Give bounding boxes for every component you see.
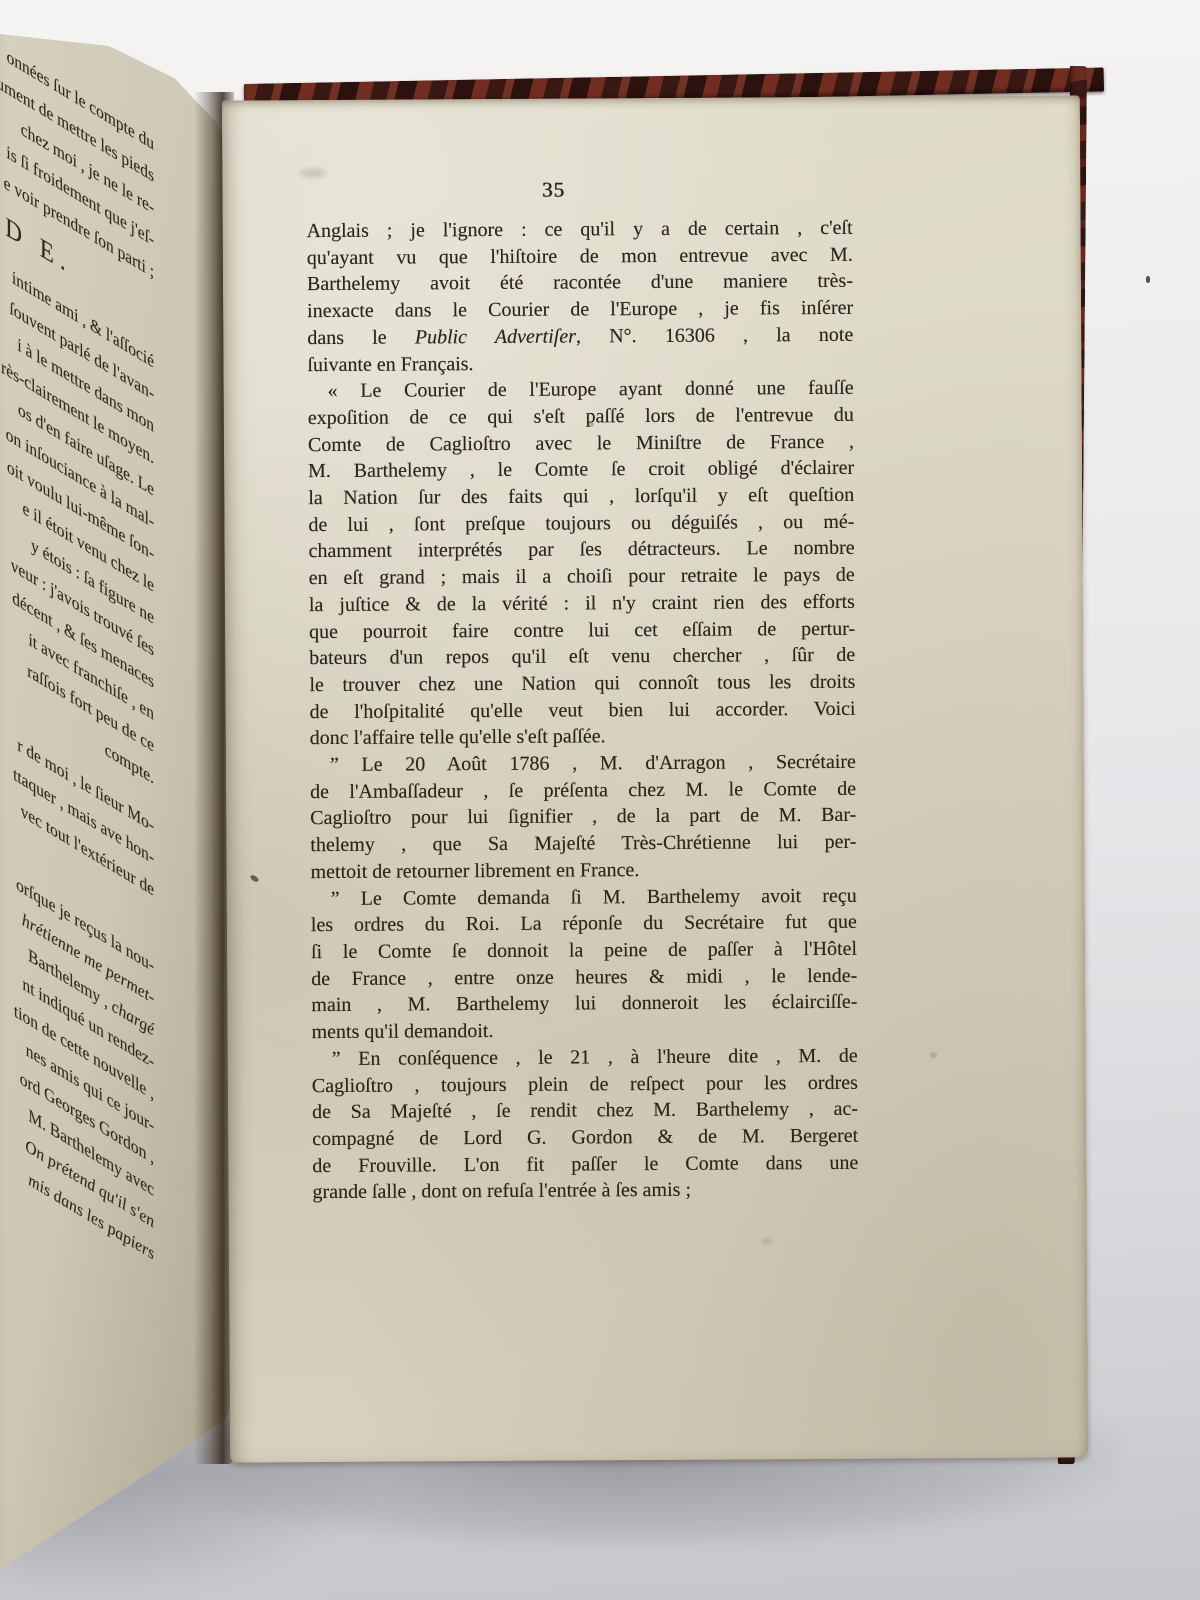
text-run: ſi le Comte ſe donnoit la peine de paſſe…	[311, 938, 857, 963]
text-run: thelemy , que Sa Majeſté Très-Chrétienne…	[310, 831, 856, 856]
text-run: ” En conſéquence , le 21 , à l'heure dit…	[332, 1045, 858, 1070]
text-line: ſi le Comte ſe donnoit la peine de paſſe…	[311, 936, 857, 966]
text-run: M. Barthelemy , le Comte ſe croit obligé…	[308, 457, 854, 482]
text-run: chamment interprétés par ſes détracteurs…	[309, 537, 855, 562]
text-run: , N°. 16306 , la note	[576, 324, 853, 348]
text-line: ” Le Comte demanda ſi M. Barthelemy avoi…	[311, 882, 857, 912]
text-line: de Frouville. L'on fit paſſer le Comte d…	[312, 1149, 858, 1179]
text-line: M. Barthelemy , le Comte ſe croit obligé…	[308, 455, 854, 485]
paper-stain	[300, 168, 326, 178]
text-line: ” Le 20 Août 1786 , M. d'Arragon , Secré…	[310, 749, 856, 779]
text-line: Caglioſtro , toujours plein de reſpect p…	[312, 1069, 858, 1099]
text-line: de Sa Majeſté , ſe rendit chez M. Barthe…	[312, 1096, 858, 1126]
text-run: de l'hoſpitalité qu'elle veut bien lui a…	[310, 697, 856, 722]
text-line: de France , entre onze heures & midi , l…	[311, 962, 857, 992]
text-line: main , M. Barthelemy lui donneroit les é…	[311, 989, 857, 1019]
text-line: de l'hoſpitalité qu'elle veut bien lui a…	[310, 695, 856, 725]
text-line: Barthelemy avoit été racontée d'une mani…	[307, 268, 853, 298]
text-run: de l'Ambaſſadeur , ſe préſenta chez M. l…	[310, 778, 856, 803]
text-line: inexacte dans le Courier de l'Europe , j…	[307, 295, 853, 325]
text-run: dans le	[307, 326, 415, 349]
text-run: main , M. Barthelemy lui donneroit les é…	[311, 991, 857, 1016]
page-body-text: Anglais ; je l'ignore : ce qu'il y a de …	[307, 215, 859, 1206]
text-line: les ordres du Roi. La réponſe du Secréta…	[311, 909, 857, 939]
text-run: qu'ayant vu que l'hiſtoire de mon entrev…	[307, 243, 853, 268]
text-line: de l'Ambaſſadeur , ſe préſenta chez M. l…	[310, 776, 856, 806]
right-page: 35 Anglais ; je l'ignore : ce qu'il y a …	[222, 95, 1088, 1462]
text-run: ” Le Comte demanda ſi M. Barthelemy avoi…	[331, 884, 857, 909]
photo-backdrop: onnées ſur le compte dulument de mettre …	[0, 0, 1200, 1600]
text-run: ” Le 20 Août 1786 , M. d'Arragon , Secré…	[330, 751, 856, 776]
text-line: dans le Public Advertiſer, N°. 16306 , l…	[307, 322, 853, 352]
text-line: la juſtice & de la vérité : il n'y crain…	[309, 589, 855, 619]
text-run: Caglioſtro pour lui ſignifier , de la pa…	[310, 804, 856, 829]
text-run: Comte de Caglioſtro avec le Miniſtre de …	[308, 430, 854, 455]
text-run: que pourroit faire contre lui cet eſſaim…	[309, 617, 855, 642]
text-run: en eſt grand ; mais il a choiſi pour ret…	[309, 564, 855, 589]
text-line: bateurs d'un repos qu'il eſt venu cherch…	[309, 642, 855, 672]
text-line: ” En conſéquence , le 21 , à l'heure dit…	[312, 1043, 858, 1073]
text-line: Comte de Caglioſtro avec le Miniſtre de …	[308, 428, 854, 458]
paper-speck	[588, 422, 594, 427]
paper-stain	[762, 1238, 772, 1245]
text-run: Caglioſtro , toujours plein de reſpect p…	[312, 1071, 858, 1096]
paper-speck	[930, 1052, 937, 1058]
text-run: expoſition de ce qui s'eſt paſſé lors de…	[308, 404, 854, 429]
text-run: mettoit de retourner librement en France…	[310, 859, 639, 883]
text-run: inexacte dans le Courier de l'Europe , j…	[307, 297, 853, 322]
text-run: de Sa Majeſté , ſe rendit chez M. Barthe…	[312, 1098, 858, 1123]
text-line: ments qu'il demandoit.	[311, 1016, 857, 1046]
text-line: qu'ayant vu que l'hiſtoire de mon entrev…	[307, 241, 853, 271]
text-line: en eſt grand ; mais il a choiſi pour ret…	[309, 562, 855, 592]
page-number: 35	[280, 175, 826, 204]
text-line: le trouver chez une Nation qui connoît t…	[309, 669, 855, 699]
text-line: de lui , ſont preſque toujours ou déguiſ…	[308, 509, 854, 539]
text-line: Caglioſtro pour lui ſignifier , de la pa…	[310, 802, 856, 832]
text-line: expoſition de ce qui s'eſt paſſé lors de…	[308, 402, 854, 432]
text-run: de Frouville. L'on fit paſſer le Comte d…	[312, 1151, 858, 1176]
text-line: grande ſalle , dont on refuſa l'entrée à…	[312, 1176, 858, 1206]
text-line: que pourroit faire contre lui cet eſſaim…	[309, 615, 855, 645]
text-run: Barthelemy avoit été racontée d'une mani…	[307, 270, 853, 295]
text-line: thelemy , que Sa Majeſté Très-Chrétienne…	[310, 829, 856, 859]
text-run: de France , entre onze heures & midi , l…	[311, 964, 857, 989]
text-run: ments qu'il demandoit.	[311, 1020, 493, 1043]
text-line: donc l'affaire telle qu'elle s'eſt paſſé…	[310, 722, 856, 752]
text-line: mettoit de retourner librement en France…	[310, 856, 856, 886]
text-run: donc l'affaire telle qu'elle s'eſt paſſé…	[310, 726, 606, 750]
text-line: chamment interprétés par ſes détracteurs…	[309, 535, 855, 565]
text-run: « Le Courier de l'Europe ayant donné une…	[328, 377, 854, 402]
text-run: bateurs d'un repos qu'il eſt venu cherch…	[309, 644, 855, 669]
text-run: le trouver chez une Nation qui connoît t…	[309, 671, 855, 696]
text-line: ſuivante en Français.	[307, 348, 853, 378]
left-page-text: onnées ſur le compte dulument de mettre …	[0, 0, 154, 1270]
text-line: compagné de Lord G. Gordon & de M. Berge…	[312, 1123, 858, 1153]
text-run: compagné de Lord G. Gordon & de M. Berge…	[312, 1125, 858, 1150]
text-run: les ordres du Roi. La réponſe du Secréta…	[311, 911, 857, 936]
text-run: ſuivante en Français.	[307, 353, 473, 376]
text-run: de lui , ſont preſque toujours ou déguiſ…	[308, 511, 854, 536]
text-run: Public Advertiſer	[415, 325, 576, 348]
text-line: « Le Courier de l'Europe ayant donné une…	[308, 375, 854, 405]
backdrop-speck	[1146, 276, 1150, 283]
text-line: Anglais ; je l'ignore : ce qu'il y a de …	[307, 215, 853, 245]
text-line: la Nation ſur des faits qui , lorſqu'il …	[308, 482, 854, 512]
text-run: Anglais ; je l'ignore : ce qu'il y a de …	[307, 217, 853, 242]
text-run: la juſtice & de la vérité : il n'y crain…	[309, 591, 855, 616]
text-run: la Nation ſur des faits qui , lorſqu'il …	[308, 484, 854, 509]
text-run: grande ſalle , dont on refuſa l'entrée à…	[312, 1179, 691, 1203]
